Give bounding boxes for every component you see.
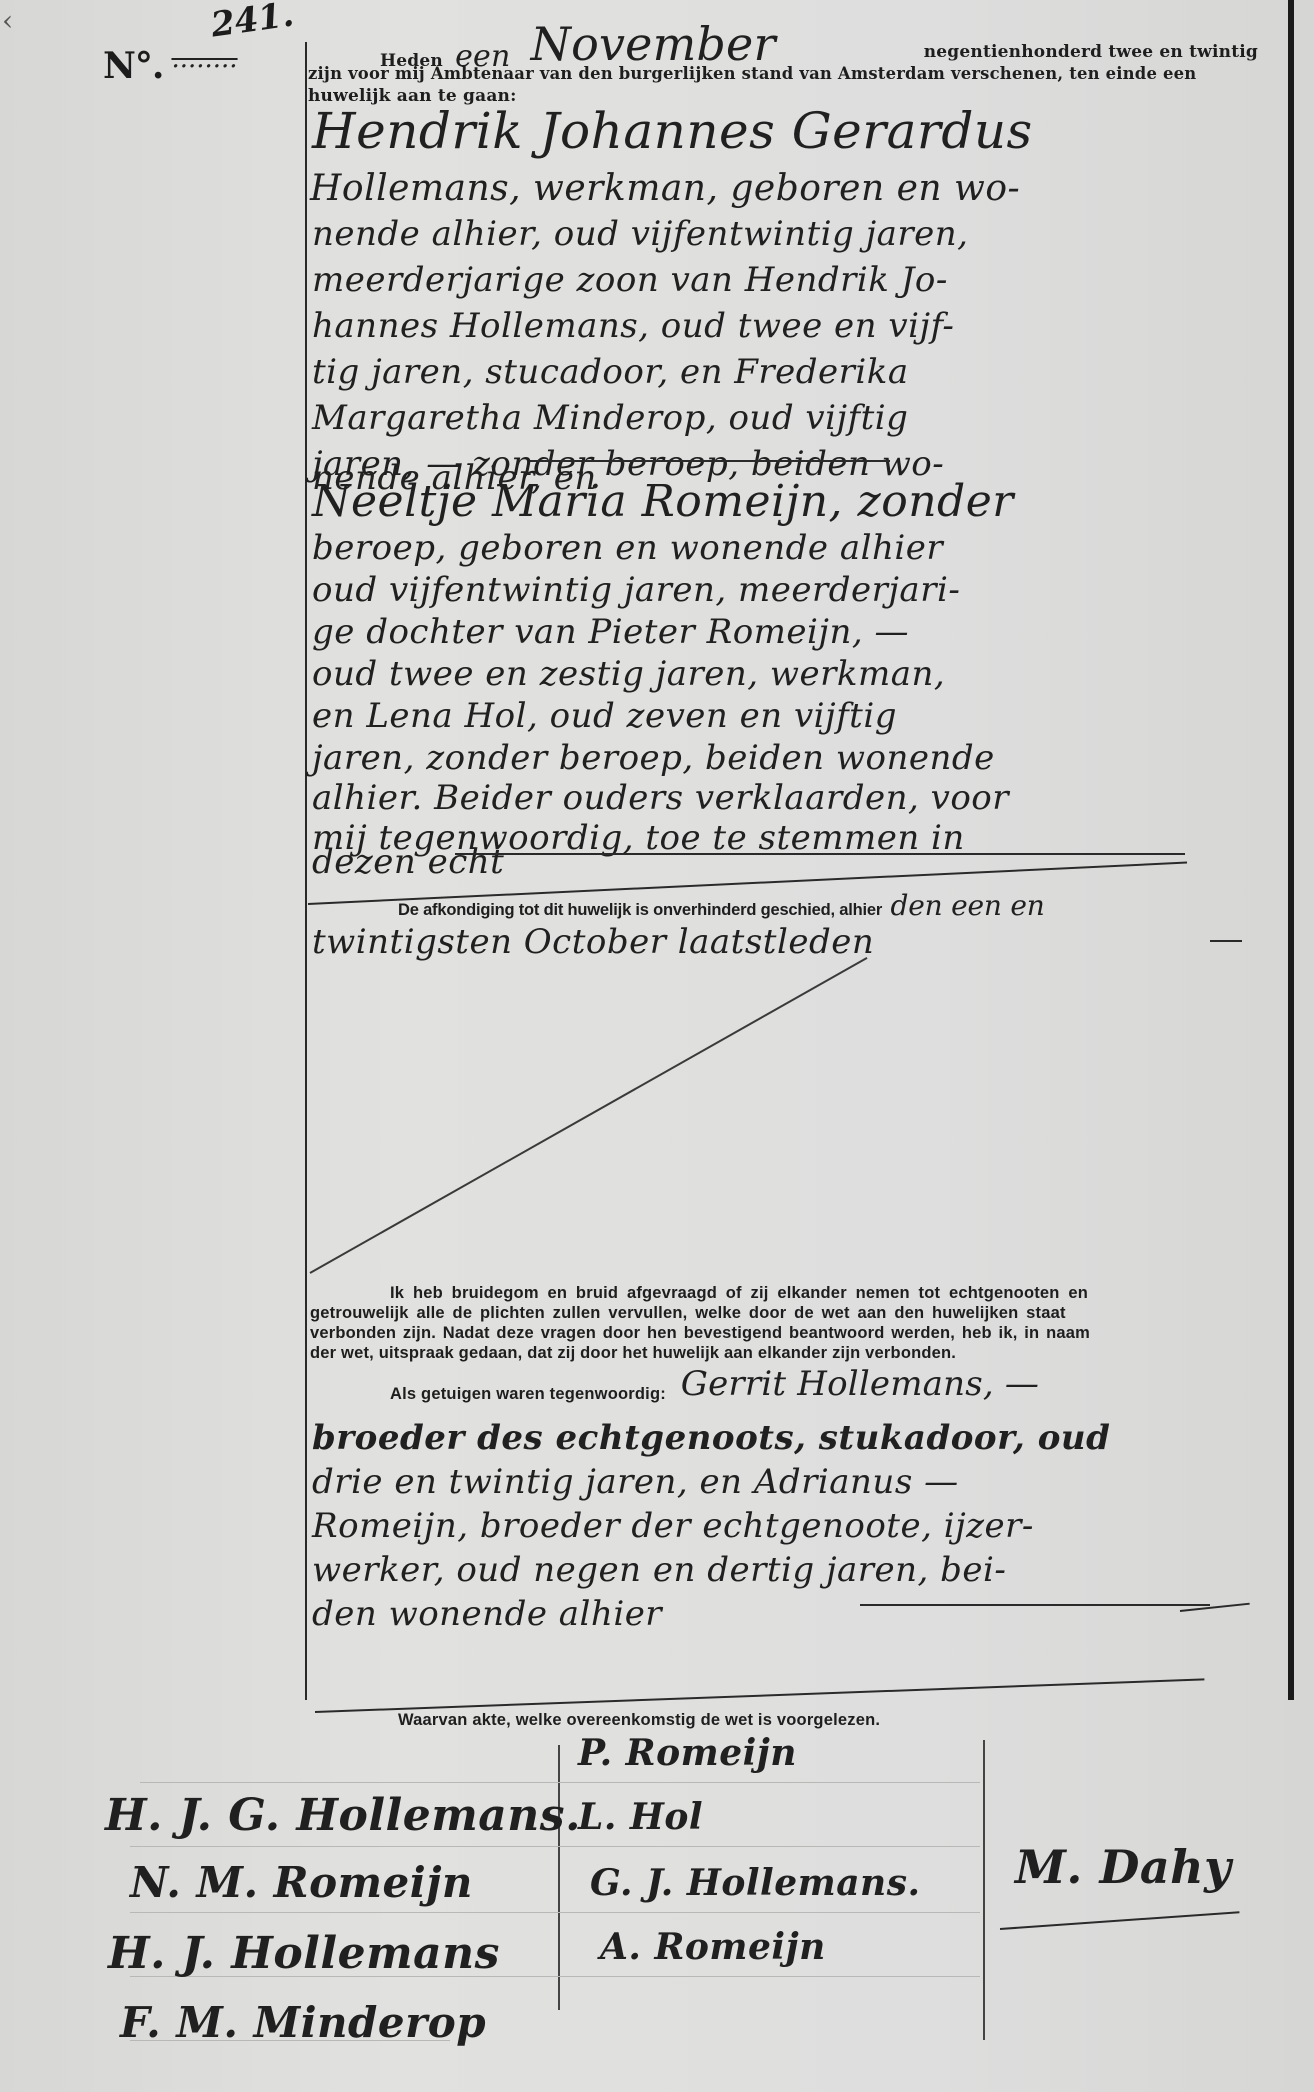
witness-line: Romeijn, broeder der echtgenoote, ijzer- [312,1506,1034,1546]
groom-line: meerderjarige zoon van Hendrik Jo- [312,260,948,300]
witness-line: broeder des echtgenoots, stukadoor, oud [312,1418,1110,1458]
signature-bride-father: P. Romeijn [578,1732,797,1774]
month-handwritten: November [531,17,776,71]
groom-line: Hollemans, werkman, geboren en wo- [310,168,1020,209]
left-margin-rule [305,42,307,1700]
certificate-number: N°. ........ 241. [103,38,321,87]
groom-line: nende alhier, oud vijfentwintig jaren, [312,214,968,254]
groom-line: tig jaren, stucadoor, en Frederika [312,352,909,392]
number-struck-value: ........ [171,44,237,74]
right-border-rule [1288,0,1294,1700]
witness-inline: Gerrit Hollemans, — [681,1364,1039,1404]
witness-end-rule [860,1604,1210,1606]
signature-groom-father: H. J. Hollemans [108,1928,500,1979]
declaration-line: der wet, uitspraak gedaan, dat zij door … [310,1343,956,1363]
bride-line: en Lena Hol, oud zeven en vijftig [312,696,897,736]
header-line-2: zijn voor mij Ambtenaar van den burgerli… [308,64,1283,84]
signature-registrar: M. Dahy [1015,1840,1231,1894]
declaration-line: verbonden zijn. Nadat deze vragen door h… [310,1323,1090,1343]
signature-groom: H. J. G. Hollemans. [105,1790,581,1841]
signature-groom-mother: F. M. Minderop [120,1998,486,2047]
signature-guide-line [130,1912,980,1913]
signature-column-separator-1 [558,1745,560,2010]
number-value: 241. [209,0,297,46]
bride-end-rule [455,853,1185,855]
proclamation-end-dash [1210,940,1242,942]
registrar-underline [1000,1911,1240,1930]
proclamation-printed: De afkondiging tot dit huwelijk is onver… [398,896,1045,920]
declaration-line: getrouwelijk alle de plichten zullen ver… [310,1303,1066,1323]
groom-line: Margaretha Minderop, oud vijftig [312,398,908,438]
groom-line: hannes Hollemans, oud twee en vijf- [312,306,954,346]
bride-line: alhier. Beider ouders verklaarden, voor [312,778,1009,818]
groom-end-dash [530,460,890,462]
bride-line: jaren, zonder beroep, beiden wonende [312,738,995,778]
header-suffix: negentienhonderd twee en twintig [924,42,1258,62]
closing-divider-slanted [315,1678,1204,1713]
declaration-line: Ik heb bruidegom en bruid afgevraagd of … [390,1283,1088,1303]
signature-guide-line [140,1782,980,1783]
bride-line: beroep, geboren en wonende alhier [312,528,943,568]
signature-bride-mother: L. Hol [578,1796,703,1838]
signature-column-separator-2 [983,1740,985,2040]
bride-line: ge dochter van Pieter Romeijn, — [312,612,909,652]
signature-guide-line [130,1846,980,1847]
bride-line: oud vijfentwintig jaren, meerderjari- [312,570,960,610]
signature-witness-2: A. Romeijn [600,1926,826,1968]
edge-bracket-mark: ‹ [2,4,13,37]
groom-line: Hendrik Johannes Gerardus [312,102,1033,160]
blank-area-cancel-line [310,957,868,1274]
proclamation-handwritten-line2: twintigsten October laatstleden [312,922,874,962]
closing-statement: Waarvan akte, welke overeenkomstig de we… [398,1710,880,1730]
bride-line: dezen echt [312,842,504,882]
bride-line: Neeltje Maria Romeijn, zonder [312,476,1014,527]
signature-bride: N. M. Romeijn [130,1858,473,1907]
bride-line: oud twee en zestig jaren, werkman, [312,654,945,694]
proclamation-handwritten-inline: den een en [891,889,1045,922]
signature-witness-1: G. J. Hollemans. [590,1862,921,1904]
witnesses-label-row: Als getuigen waren tegenwoordig: Gerrit … [390,1378,1039,1404]
witness-line: den wonende alhier [312,1594,662,1634]
document-page: ‹ N°. ........ 241. Heden een November n… [0,0,1314,2092]
proclamation-text: De afkondiging tot dit huwelijk is onver… [398,901,882,919]
number-label: N°. [103,45,163,87]
witnesses-label: Als getuigen waren tegenwoordig: [390,1385,666,1403]
witness-line: werker, oud negen en dertig jaren, bei- [312,1550,1006,1590]
witness-line: drie en twintig jaren, en Adrianus — [312,1462,959,1502]
